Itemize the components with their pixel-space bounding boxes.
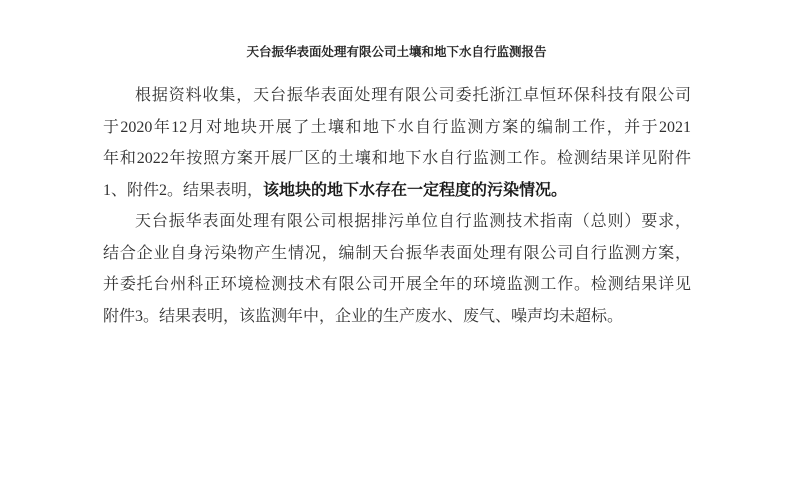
paragraph1-line2: 于2020年12月对地块开展了土壤和地下水自行监测方案的编制工作，并于2021 [103,112,691,144]
paragraph1-line3: 年和2022年按照方案开展厂区的土壤和地下水自行监测工作。检测结果详见附件 [103,143,691,175]
paragraph2-line2: 结合企业自身污染物产生情况，编制天台振华表面处理有限公司自行监测方案， [103,238,691,270]
paragraph1-line4-normal-text: 1、附件2。结果表明， [103,182,263,199]
paragraph2-line3: 并委托台州科正环境检测技术有限公司开展全年的环境监测工作。检测结果详见 [103,269,691,301]
paragraph2-line4: 附件3。结果表明，该监测年中，企业的生产废水、废气、噪声均未超标。 [103,301,691,333]
paragraph1-line4: 1、附件2。结果表明，该地块的地下水存在一定程度的污染情况。 [103,175,691,207]
document-page: 天台振华表面处理有限公司土壤和地下水自行监测报告 根据资料收集，天台振华表面处理… [0,0,793,481]
document-body: 根据资料收集，天台振华表面处理有限公司委托浙江卓恒环保科技有限公司 于2020年… [103,80,691,332]
paragraph1-line4-bold-conclusion: 该地块的地下水存在一定程度的污染情况。 [263,182,567,199]
paragraph1-line1: 根据资料收集，天台振华表面处理有限公司委托浙江卓恒环保科技有限公司 [103,80,691,112]
document-title: 天台振华表面处理有限公司土壤和地下水自行监测报告 [0,0,793,60]
paragraph2-line1: 天台振华表面处理有限公司根据排污单位自行监测技术指南（总则）要求， [103,206,691,238]
